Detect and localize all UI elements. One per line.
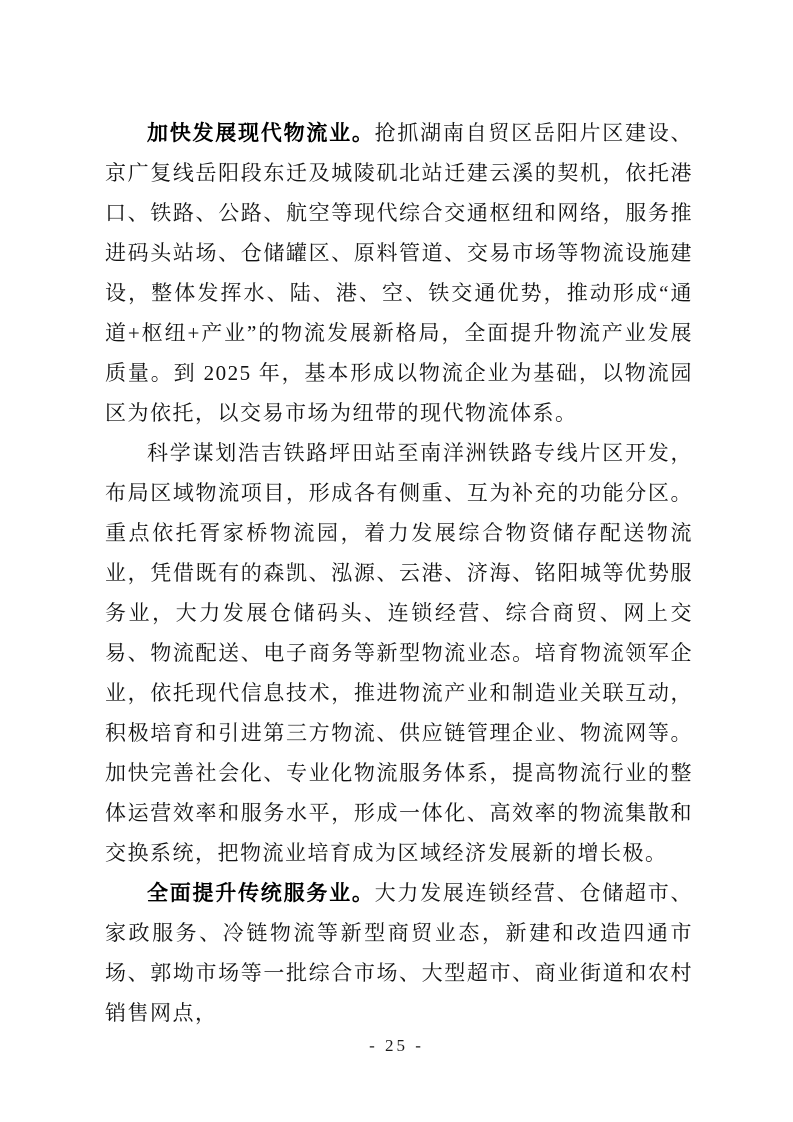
document-body: 加快发展现代物流业。抢抓湖南自贸区岳阳片区建设、京广复线岳阳段东迁及城陵矶北站迁… (105, 113, 693, 1033)
page-number: - 25 - (0, 1036, 793, 1056)
paragraph-traditional-services: 全面提升传统服务业。大力发展连锁经营、仓储超市、家政服务、冷链物流等新型商贸业态… (105, 873, 693, 1033)
paragraph-logistics-planning: 科学谋划浩吉铁路坪田站至南洋洲铁路专线片区开发，布局区域物流项目，形成各有侧重、… (105, 433, 693, 873)
paragraph-lead-traditional-services: 全面提升传统服务业。 (147, 881, 375, 905)
paragraph-modern-logistics: 加快发展现代物流业。抢抓湖南自贸区岳阳片区建设、京广复线岳阳段东迁及城陵矶北站迁… (105, 113, 693, 433)
paragraph-text: 抢抓湖南自贸区岳阳片区建设、京广复线岳阳段东迁及城陵矶北站迁建云溪的契机，依托港… (105, 121, 693, 425)
document-page: 加快发展现代物流业。抢抓湖南自贸区岳阳片区建设、京广复线岳阳段东迁及城陵矶北站迁… (0, 0, 793, 1122)
paragraph-lead-modern-logistics: 加快发展现代物流业。 (147, 121, 375, 145)
paragraph-text: 科学谋划浩吉铁路坪田站至南洋洲铁路专线片区开发，布局区域物流项目，形成各有侧重、… (105, 441, 693, 865)
